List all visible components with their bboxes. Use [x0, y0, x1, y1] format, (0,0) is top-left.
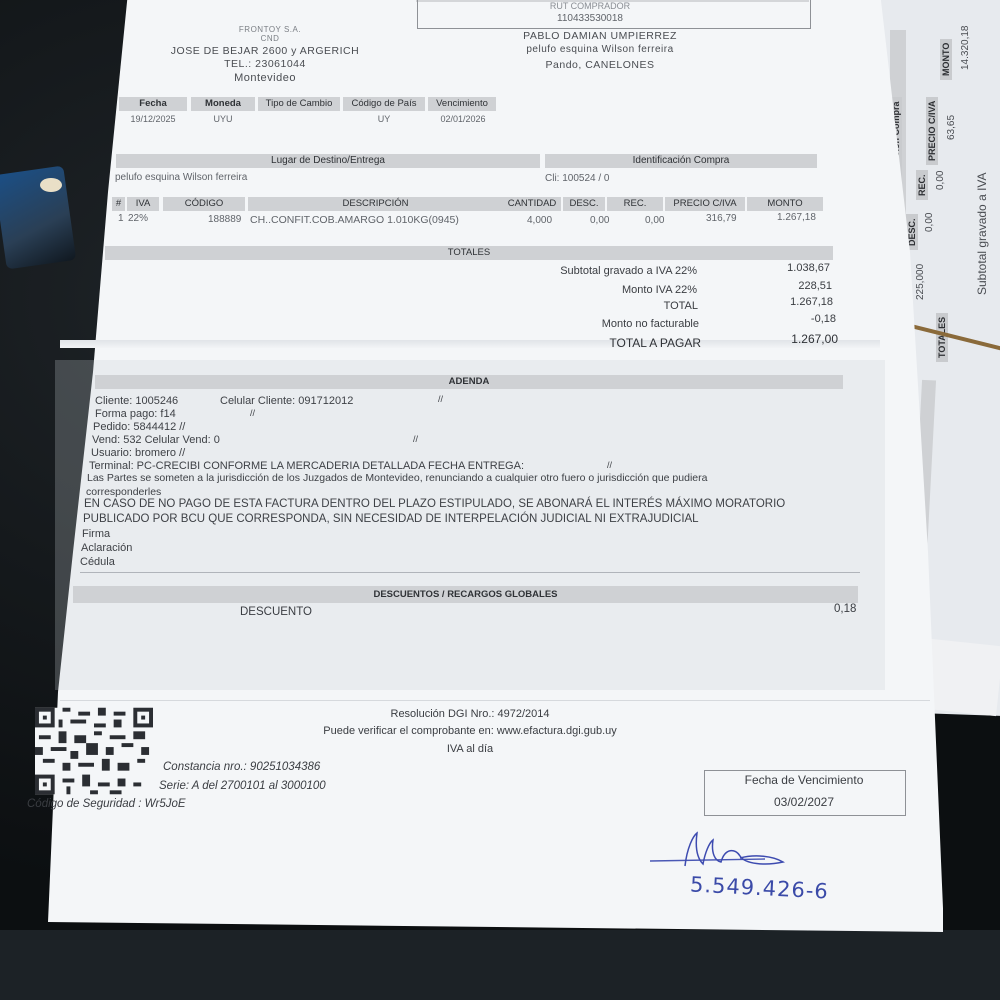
adenda-mora-cont: PUBLICADO POR BCU QUE CORRESPONDA, SIN N… — [83, 513, 699, 525]
back-val-rec: 0,00 — [935, 171, 946, 190]
adenda-label: ADENDA — [95, 375, 843, 389]
subtotal-value: 1.038,67 — [740, 262, 830, 274]
seat-fabric — [0, 930, 1000, 1000]
subtotal-label: Subtotal gravado a IVA 22% — [500, 265, 697, 277]
constancia: Constancia nro.: 90251034386 — [163, 761, 320, 773]
col-vencimiento: Vencimiento — [428, 97, 496, 111]
row-num: 1 — [118, 213, 124, 224]
back-col-rec: REC. — [916, 170, 928, 200]
separator: // — [250, 408, 255, 418]
col-desc: DESC. — [563, 197, 605, 211]
descuento-label: DESCUENTO — [240, 606, 312, 618]
col-iva: IVA — [127, 197, 159, 211]
adenda-aclaracion: Aclaración — [81, 542, 132, 554]
adenda-divider — [80, 572, 860, 573]
col-codigo-pais: Código de País — [343, 97, 425, 111]
back-val-monto: 14.320,18 — [960, 26, 971, 71]
qr-code-icon — [35, 707, 153, 795]
serie: Serie: A del 2700101 al 3000100 — [159, 780, 326, 792]
col-descripcion: DESCRIPCIÓN — [248, 197, 503, 211]
buyer-name: PABLO DAMIAN UMPIERREZ — [500, 30, 700, 42]
buyer-city: Pando, CANELONES — [500, 59, 700, 71]
back-col-precio: PRECIO C/IVA — [926, 97, 938, 165]
col-cantidad: CANTIDAD — [503, 197, 561, 211]
vencimiento-value: 03/02/2027 — [704, 795, 904, 809]
adenda-cliente: Cliente: 1005246 — [95, 395, 178, 407]
signature-icon — [645, 828, 795, 878]
issuer-address: JOSE DE BEJAR 2600 y ARGERICH — [150, 45, 380, 57]
bottle-cap — [40, 178, 62, 192]
val-moneda: UYU — [191, 114, 255, 124]
delivery-label: Lugar de Destino/Entrega — [116, 154, 540, 168]
separator: // — [413, 434, 418, 444]
separator: // — [438, 394, 443, 404]
water-bottle — [0, 166, 76, 270]
back-val-precio: 63,65 — [946, 115, 957, 140]
delivery-value: pelufo esquina Wilson ferreira — [115, 172, 247, 183]
back-val-desc: 0,00 — [924, 213, 935, 232]
col-rec: REC. — [607, 197, 663, 211]
adenda-vendedor: Vend: 532 Celular Vend: 0 — [92, 434, 220, 446]
descuento-value: 0,18 — [834, 603, 856, 615]
col-num: # — [112, 197, 125, 211]
global-adjustments-label: DESCUENTOS / RECARGOS GLOBALES — [73, 586, 858, 603]
back-col-monto: MONTO — [940, 39, 952, 80]
col-precio: PRECIO C/IVA — [665, 197, 745, 211]
issuer-city: Montevideo — [150, 72, 380, 84]
back-totales-label: TOTALES — [936, 313, 948, 362]
row-cantidad: 4,000 — [527, 215, 552, 226]
totals-label: TOTALES — [105, 246, 833, 260]
row-monto: 1.267,18 — [777, 212, 816, 223]
col-moneda: Moneda — [191, 97, 255, 111]
adenda-pedido: Pedido: 5844412 // — [93, 421, 185, 433]
issuer-phone: TEL.: 23061044 — [150, 58, 380, 70]
adenda-cedula: Cédula — [80, 556, 115, 568]
issuer-subtitle: CND — [200, 34, 340, 43]
fold-shadow — [55, 360, 885, 690]
val-vencimiento: 02/01/2026 — [428, 114, 498, 124]
rut-value: 110433530018 — [490, 13, 690, 24]
iva-al-dia: IVA al día — [400, 743, 540, 755]
resolucion-dgi: Resolución DGI Nro.: 4972/2014 — [320, 708, 620, 720]
purchase-id-label: Identificación Compra — [545, 154, 817, 168]
adenda-celular-cliente: Celular Cliente: 091712012 — [220, 395, 353, 407]
row-descripcion: CH..CONFIT.COB.AMARGO 1.010KG(0945) — [250, 214, 459, 226]
buyer-address: pelufo esquina Wilson ferreira — [500, 44, 700, 55]
col-tipo-cambio: Tipo de Cambio — [258, 97, 340, 111]
col-fecha: Fecha — [119, 97, 187, 111]
back-subtotal: Subtotal gravado a IVA — [975, 172, 989, 295]
total-a-pagar-value: 1.267,00 — [740, 332, 838, 346]
codigo-seguridad: Código de Seguridad : Wr5JoE — [27, 798, 186, 810]
footer-divider — [60, 700, 930, 701]
adenda-mora: EN CASO DE NO PAGO DE ESTA FACTURA DENTR… — [84, 498, 785, 510]
back-val-cantidad: 225,000 — [915, 264, 926, 300]
total-a-pagar-label: TOTAL A PAGAR — [500, 336, 701, 350]
row-rec: 0,00 — [645, 215, 664, 226]
iva-label: Monto IVA 22% — [500, 284, 697, 296]
iva-value: 228,51 — [740, 280, 832, 292]
total-value: 1.267,18 — [740, 296, 833, 308]
adenda-usuario: Usuario: bromero // — [91, 447, 185, 459]
verify-link[interactable]: Puede verificar el comprobante en: www.e… — [280, 725, 660, 737]
adenda-terminal: Terminal: PC-CRECIBI CONFORME LA MERCADE… — [89, 460, 524, 472]
col-monto: MONTO — [747, 197, 823, 211]
no-facturable-value: -0,18 — [740, 313, 836, 325]
issuer-name: FRONTOY S.A. — [200, 25, 340, 34]
col-codigo: CÓDIGO — [163, 197, 245, 211]
row-precio: 316,79 — [706, 213, 737, 224]
val-codigo-pais: UY — [343, 114, 425, 124]
adenda-jurisdiccion: Las Partes se someten a la jurisdicción … — [87, 472, 707, 484]
row-iva: 22% — [128, 213, 148, 224]
val-fecha: 19/12/2025 — [119, 114, 187, 124]
separator: // — [607, 460, 612, 470]
adenda-forma-pago: Forma pago: f14 — [95, 408, 176, 420]
row-desc: 0,00 — [590, 215, 609, 226]
adenda-firma: Firma — [82, 528, 110, 540]
purchase-id: Cli: 100524 / 0 — [545, 173, 610, 184]
row-codigo: 188889 — [208, 214, 241, 225]
vencimiento-label: Fecha de Vencimiento — [704, 773, 904, 787]
total-label: TOTAL — [500, 300, 698, 312]
rut-label: RUT COMPRADOR — [490, 1, 690, 11]
adenda-jurisdiccion-cont: corresponderles — [86, 486, 161, 498]
no-facturable-label: Monto no facturable — [500, 318, 699, 330]
